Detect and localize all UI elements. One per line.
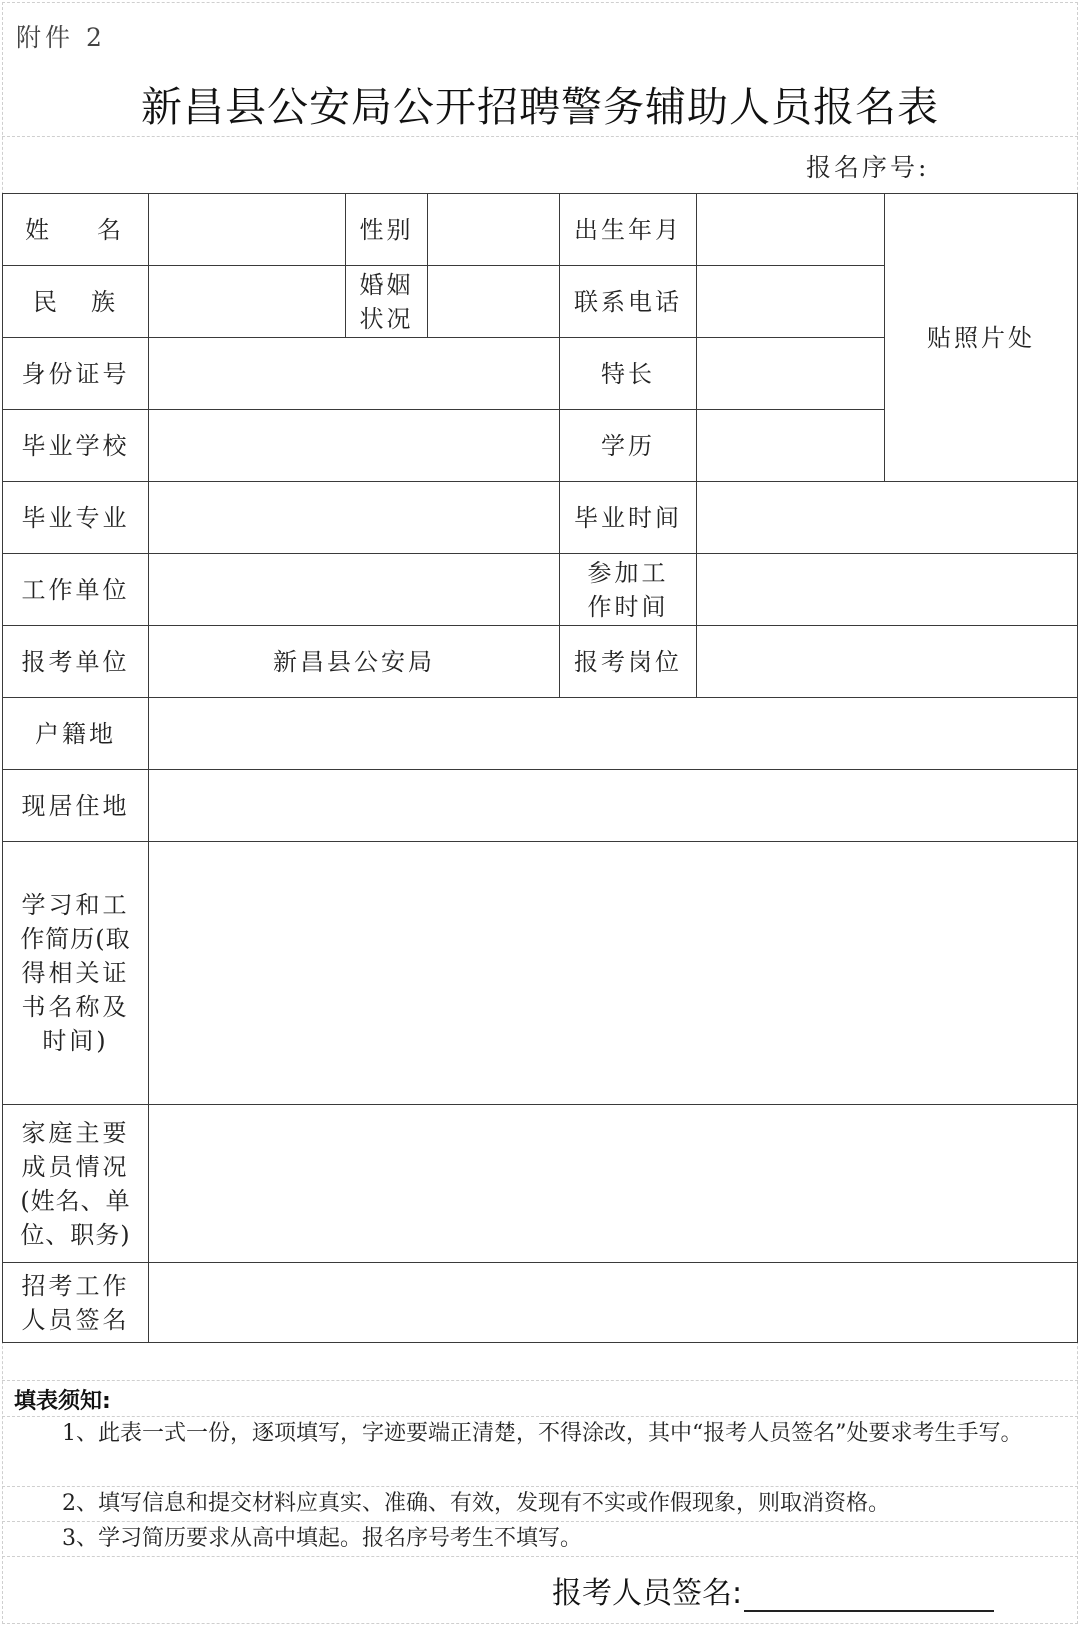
school-label: 毕业学校 (3, 410, 149, 482)
employer-label: 工作单位 (3, 554, 149, 626)
marital-status-field[interactable] (428, 266, 560, 338)
phone-field[interactable] (697, 266, 885, 338)
gender-field[interactable] (428, 194, 560, 266)
residence-field[interactable] (149, 770, 1078, 842)
major-label: 毕业专业 (3, 482, 149, 554)
family-members-label: 家庭主要 成员情况 (姓名、单 位、职务) (3, 1105, 149, 1263)
page-title: 新昌县公安局公开招聘警务辅助人员报名表 (0, 74, 1080, 133)
notes-title: 填表须知: (14, 1384, 111, 1415)
hukou-label: 户籍地 (3, 698, 149, 770)
photo-label: 贴照片处 (927, 324, 1035, 352)
note-item-2: 2、填写信息和提交材料应真实、准确、有效，发现有不实或作假现象，则取消资格。 (14, 1486, 1070, 1522)
applicant-signature-line[interactable] (744, 1580, 994, 1612)
ethnicity-label: 民族 (3, 266, 149, 338)
marital-status-label: 婚姻状况 (346, 266, 428, 338)
id-number-label: 身份证号 (3, 338, 149, 410)
birth-date-label: 出生年月 (560, 194, 697, 266)
registration-form-table: 姓名 性别 出生年月 贴照片处 民族 婚姻状况 联系电话 身份证号 特长 毕业学… (2, 193, 1078, 1343)
applicant-signature: 报考人员签名: (552, 1568, 994, 1612)
apply-post-field[interactable] (697, 626, 1078, 698)
photo-area[interactable]: 贴照片处 (885, 194, 1078, 482)
staff-signature-label: 招考工作 人员签名 (3, 1263, 149, 1343)
note-item-3: 3、学习简历要求从高中填起。报名序号考生不填写。 (14, 1521, 1070, 1557)
work-start-time-field[interactable] (697, 554, 1078, 626)
id-number-field[interactable] (149, 338, 560, 410)
family-members-field[interactable] (149, 1105, 1078, 1263)
work-start-time-label: 参加工作时间 (560, 554, 697, 626)
applicant-signature-label: 报考人员签名: (552, 1576, 742, 1611)
phone-label: 联系电话 (560, 266, 697, 338)
school-field[interactable] (149, 410, 560, 482)
education-label: 学历 (560, 410, 697, 482)
residence-label: 现居住地 (3, 770, 149, 842)
serial-number-label: 报名序号: (806, 148, 929, 184)
note-item-1: 1、此表一式一份，逐项填写，字迹要端正清楚，不得涂改，其中“报考人员签名”处要求… (14, 1416, 1070, 1452)
gender-label: 性别 (346, 194, 428, 266)
hukou-field[interactable] (149, 698, 1078, 770)
divider (2, 1380, 1078, 1381)
apply-unit-field: 新昌县公安局 (149, 626, 560, 698)
resume-label: 学习和工 作简历(取 得相关证 书名称及 时间) (3, 842, 149, 1105)
name-field[interactable] (149, 194, 346, 266)
resume-field[interactable] (149, 842, 1078, 1105)
employer-field[interactable] (149, 554, 560, 626)
apply-post-label: 报考岗位 (560, 626, 697, 698)
divider (2, 136, 1078, 137)
apply-unit-label: 报考单位 (3, 626, 149, 698)
attachment-label: 附件 2 (16, 18, 106, 54)
education-field[interactable] (697, 410, 885, 482)
specialty-label: 特长 (560, 338, 697, 410)
graduation-time-label: 毕业时间 (560, 482, 697, 554)
name-label: 姓名 (3, 194, 149, 266)
graduation-time-field[interactable] (697, 482, 1078, 554)
ethnicity-field[interactable] (149, 266, 346, 338)
major-field[interactable] (149, 482, 560, 554)
birth-date-field[interactable] (697, 194, 885, 266)
staff-signature-field[interactable] (149, 1263, 1078, 1343)
specialty-field[interactable] (697, 338, 885, 410)
